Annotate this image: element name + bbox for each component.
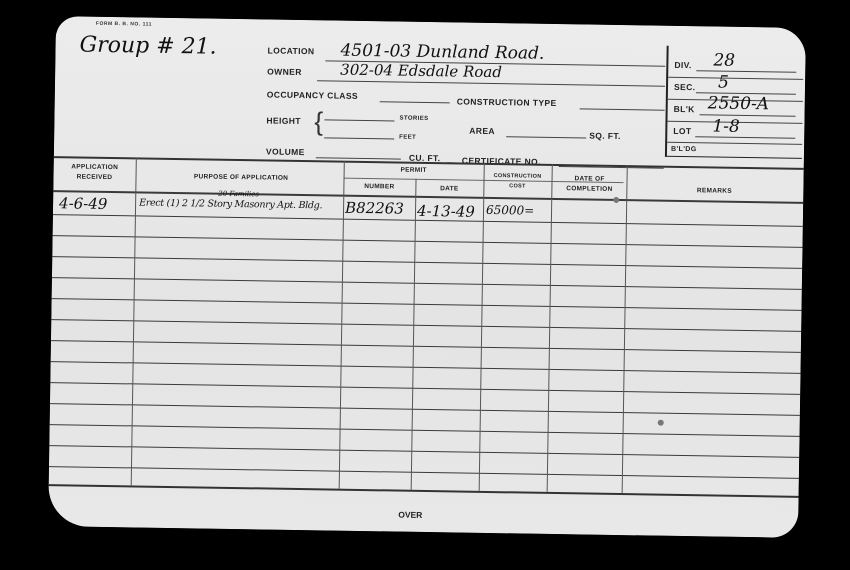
punch-mark [613,197,619,203]
lot-value: 1-8 [712,116,740,136]
stories-label: STORIES [399,116,428,122]
lot-info-box: DIV. 28 SEC. 5 BL'K 2550-A LOT 1-8 B'L'D… [665,46,804,159]
col-purpose: PURPOSE OF APPLICATION [143,172,338,185]
area-label: AREA [469,126,495,136]
col-permit-number: NUMBER [343,182,415,193]
bldg-label: B'L'DG [671,146,697,153]
cell-purpose: Erect (1) 2 1/2 Story Masonry Apt. Bldg. [139,197,322,211]
owner-label: OWNER [267,66,302,77]
sec-label: SEC. [674,82,696,92]
area-unit: SQ. FT. [589,131,621,141]
sec-value: 5 [718,73,729,93]
occupancy-class-label: OCCUPANCY CLASS [267,89,358,100]
lot-label: LOT [673,126,691,136]
cell-permit-date: 4-13-49 [417,202,475,221]
cell-permit-number: B82263 [345,199,404,218]
col-construction-cost: CONSTRUCTION COST [485,171,549,192]
owner-value: 302-04 Edsdale Road [340,61,502,82]
div-label: DIV. [674,60,692,70]
height-label: HEIGHT [266,115,301,126]
col-remarks: REMARKS [628,185,800,198]
col-application-received: APPLICATION RECEIVED [57,162,131,183]
volume-label: VOLUME [266,146,305,157]
div-value: 28 [713,50,735,70]
col-permit-date: DATE [415,184,483,195]
col-permit: PERMIT [344,165,484,177]
construction-type-label: CONSTRUCTION TYPE [457,96,557,108]
blk-value: 2550-A [708,93,770,114]
blk-label: BL'K [674,104,695,114]
height-brace: { [314,106,323,137]
smudge-mark [658,420,664,426]
permit-index-card: FORM B. B. NO. 111 Group # 21. LOCATION … [48,16,806,538]
over-label: OVER [398,510,422,520]
location-label: LOCATION [267,45,314,56]
feet-label: FEET [399,135,416,141]
col-date-of-completion: DATE OF COMPLETION [555,174,623,195]
cell-construction-cost: 65000= [486,203,534,218]
cell-application-received: 4-6-49 [59,194,108,213]
group-note: Group # 21. [79,33,216,60]
cell-purpose-note: 20 Families [218,190,259,199]
form-number: FORM B. B. NO. 111 [96,21,152,28]
